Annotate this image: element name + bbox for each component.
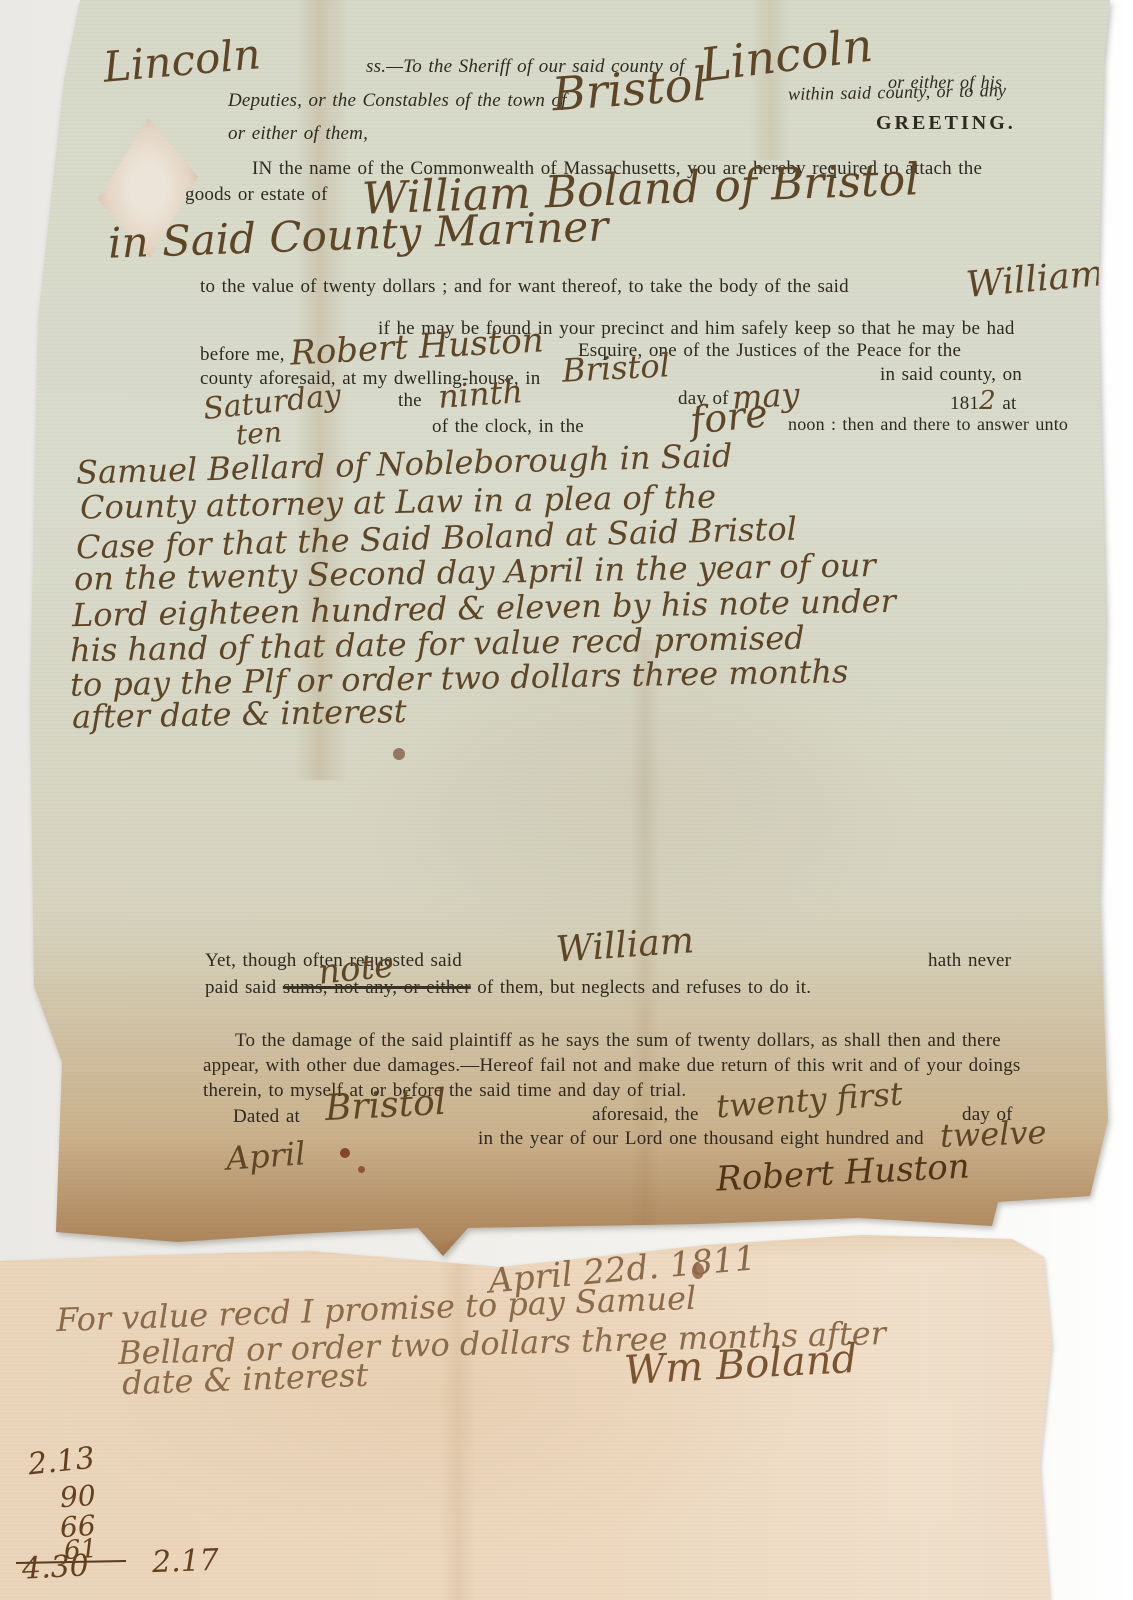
value-line: to the value of twenty dollars ; and for…	[200, 276, 849, 298]
figures-row-2: 90	[59, 1482, 97, 1512]
writ-document: Lincoln ss.—To the Sheriff of our said c…	[0, 0, 1133, 1265]
justice-signature: Robert Huston	[715, 1149, 970, 1196]
dated-month-handwritten: April	[225, 1137, 306, 1174]
dated-day-handwritten: twenty first	[715, 1078, 904, 1123]
red-spot-small	[358, 1166, 365, 1173]
town-handwritten: Bristol	[551, 61, 709, 118]
maker-signature: Wm Boland	[623, 1339, 858, 1391]
damage-line-2: appear, with other due damages.—Hereof f…	[203, 1055, 1021, 1077]
hath-never-label: hath never	[928, 950, 1011, 972]
ordinal-day-handwritten: ninth	[437, 375, 524, 413]
dated-at-label: Dated at	[233, 1106, 300, 1128]
hour-handwritten: ten	[235, 418, 283, 449]
either-of-them-line: or either of them,	[228, 123, 368, 145]
the-label: the	[398, 390, 422, 412]
damage-line-1: To the damage of the said plaintiff as h…	[235, 1030, 1001, 1052]
plea-line-8: after date & interest	[72, 695, 407, 733]
scanned-documents-backdrop: Lincoln ss.—To the Sheriff of our said c…	[0, 0, 1133, 1600]
goods-or-estate-label: goods or estate of	[185, 184, 328, 206]
county-handwritten: Lincoln	[698, 22, 875, 89]
in-said-county-line: in said county, on	[880, 364, 1022, 386]
figures-side-total: 2.17	[151, 1546, 219, 1578]
within-county-line: within said county, or to any	[788, 80, 1007, 105]
clock-line: of the clock, in the	[432, 416, 584, 438]
defendant-county-handwritten: in Said County Mariner	[107, 205, 609, 264]
greeting-label: GREETING.	[876, 112, 1016, 135]
at-label: at	[1002, 393, 1016, 414]
justice-name-handwritten: Robert Huston	[289, 323, 544, 370]
before-me-label: before me,	[200, 344, 285, 366]
defendant-first-name-handwritten: William	[965, 256, 1106, 304]
promissory-note-paper: April 22d. 1811 For value recd I promise…	[0, 1225, 1090, 1600]
promissory-note: April 22d. 1811 For value recd I promise…	[0, 1225, 1090, 1600]
year-digit-handwritten: 2	[979, 386, 996, 416]
year-composite: 1812 at	[950, 388, 1016, 415]
neglects-line: paid said sums, not any, or either of th…	[205, 977, 811, 999]
forenoon-handwritten: fore	[688, 394, 769, 440]
noon-answer-line: noon : then and there to answer unto	[788, 414, 1068, 435]
deputies-line: Deputies, or the Constables of the town …	[228, 90, 567, 112]
aforesaid-label: aforesaid, the	[592, 1104, 699, 1126]
figures-total: 4.30	[21, 1551, 89, 1584]
writ-document-paper: Lincoln ss.—To the Sheriff of our said c…	[0, 0, 1133, 1265]
note-correction-handwritten: note	[316, 948, 395, 990]
dwelling-town-handwritten: Bristol	[561, 349, 670, 387]
year-of-lord-line: in the year of our Lord one thousand eig…	[478, 1128, 924, 1150]
figures-row-1: 2.13	[27, 1444, 97, 1481]
note-body-line-3: date & interest	[122, 1359, 369, 1400]
red-spot	[340, 1148, 350, 1158]
dated-town-handwritten: Bristol	[324, 1085, 447, 1127]
margin-county-annotation: Lincoln	[101, 33, 262, 89]
ink-spot	[393, 748, 405, 760]
yet-name-handwritten: William	[555, 923, 695, 969]
